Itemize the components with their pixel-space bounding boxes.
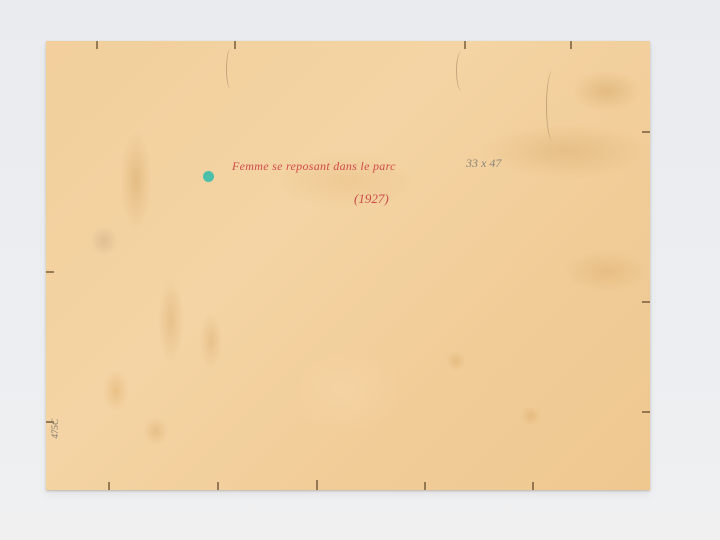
inventory-mark: 475C xyxy=(50,419,60,439)
artwork-year-inscription: (1927) xyxy=(354,191,389,207)
tack-mark xyxy=(108,482,110,490)
tack-mark xyxy=(424,482,426,490)
artwork-dimensions-inscription: 33 x 47 xyxy=(466,156,501,171)
tack-mark xyxy=(642,301,650,303)
tack-mark xyxy=(642,131,650,133)
tack-mark xyxy=(234,41,236,49)
artwork-title-inscription: Femme se reposant dans le parc xyxy=(232,159,396,174)
tack-mark xyxy=(96,41,98,49)
scratch-line xyxy=(456,51,467,91)
tack-mark xyxy=(464,41,466,49)
tack-mark xyxy=(217,482,219,490)
scratch-line xyxy=(226,49,235,89)
tack-mark xyxy=(316,480,318,490)
artwork-board-back: Femme se reposant dans le parc 33 x 47 (… xyxy=(46,41,650,490)
green-dot-sticker xyxy=(203,171,214,182)
tack-mark xyxy=(46,271,54,273)
tack-mark xyxy=(642,411,650,413)
tack-mark xyxy=(532,482,534,490)
scratch-line xyxy=(546,71,559,141)
tack-mark xyxy=(570,41,572,49)
